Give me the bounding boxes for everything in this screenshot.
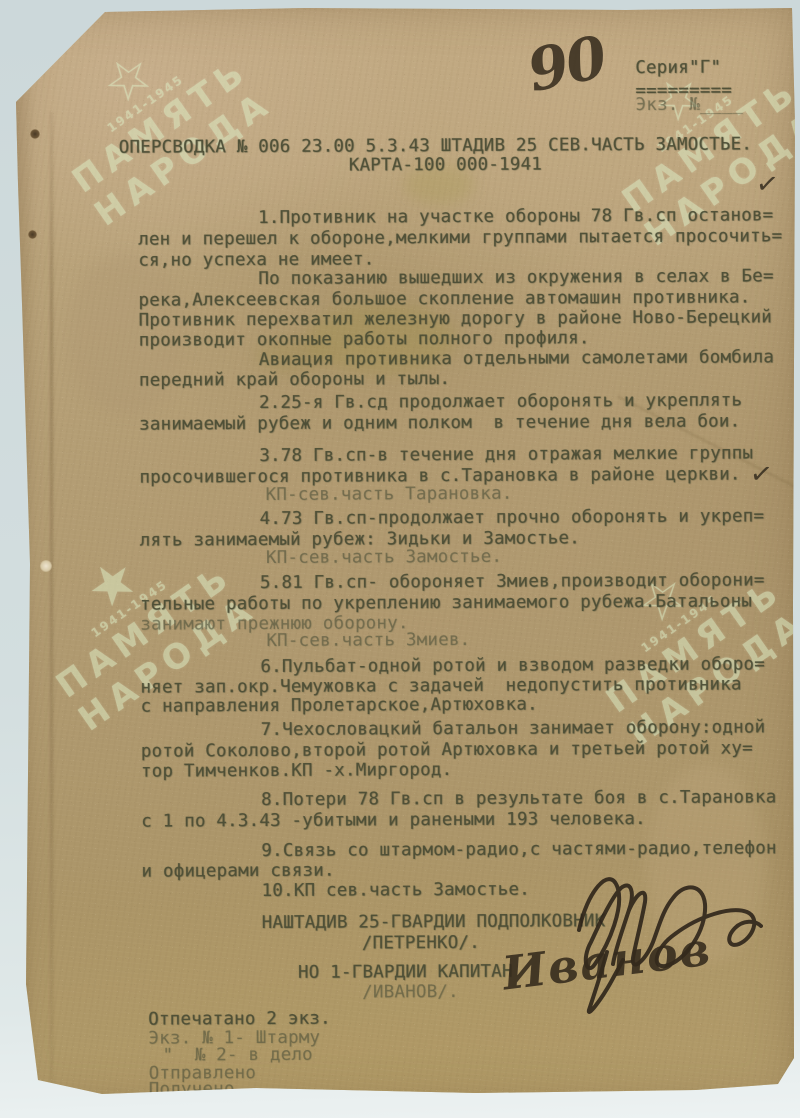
- typed-line-body: ротой Соколово,второй ротой Артюховка и …: [141, 738, 753, 761]
- typed-line-body: Противник перехватил железную дорогу в р…: [139, 307, 773, 330]
- typed-line-body: КП-сев.часть Змиев.: [266, 630, 470, 651]
- typed-line-body: тор Тимченков.КП -х.Миргород.: [141, 760, 452, 782]
- scan-background: { "document_type": "scanned typewritten …: [0, 0, 800, 1118]
- typed-line-body: 8.Потери 78 Гв.сп в результате боя в с.Т…: [261, 787, 776, 810]
- typed-line-body: с направления Пролетарское,Артюховка.: [141, 695, 538, 717]
- typed-line-body: занимаемый рубеж и одним полком в течени…: [139, 411, 740, 434]
- typed-line-body: 10.КП сев.часть Замостье.: [262, 880, 531, 901]
- document-page: ☆1941-1945ПАМЯТЬНАРОДА☆1941-1945ПАМЯТЬНА…: [6, 4, 796, 1106]
- typed-line-body: и офицерами связи.: [141, 861, 334, 882]
- typed-line-body: 3.78 Гв.сп-в течение дня отражая мелкие …: [259, 443, 753, 466]
- typed-line-footer: Отпечатано 2 экз.: [148, 1009, 331, 1030]
- typed-line-body: 2.25-я Гв.сд продолжает оборонять и укре…: [259, 390, 742, 413]
- typed-line-body: Авиация противника отдельными самолетами…: [259, 347, 774, 370]
- handwritten-checkmark: ✓: [748, 458, 775, 492]
- typed-line-body: 1.Противник на участке обороны 78 Гв.сп …: [258, 205, 773, 228]
- typed-line-body: лен и перешел к обороне,мелкими группами…: [138, 226, 782, 249]
- typed-line-body: с 1 по 4.3.43 -убитыми и ранеными 193 че…: [141, 809, 646, 832]
- typed-line-footer: Получено: [149, 1079, 235, 1099]
- typed-line-body: передний край обороны и тылы.: [139, 369, 450, 391]
- handwritten-checkmark: ✓: [754, 168, 781, 202]
- typed-line-body: 6.Пульбат-одной ротой и взводом разведки…: [260, 654, 765, 677]
- typed-line-signoff: НО 1-ГВАРДИИ КАПИТАН: [298, 962, 513, 983]
- typed-line-body: По показанию вышедших из окружения в сел…: [258, 266, 773, 289]
- typed-line-body: тельные работы по укреплению занимаемого…: [140, 591, 752, 614]
- typed-line-body: 5.81 Гв.сп- обороняет Змиев,производит о…: [260, 570, 765, 593]
- typed-line-body: ся,но успеха не имеет.: [138, 249, 374, 270]
- typed-line-body: 7.Чехословацкий батальон занимает оборон…: [261, 717, 766, 740]
- typed-line-title: КАРТА-100 000-1941: [349, 155, 542, 176]
- typed-line-body: КП-сев.часть Замостье.: [266, 547, 502, 568]
- typed-line-signoff: /ПЕТРЕНКО/.: [362, 933, 480, 954]
- typed-line-stamp: Серия"Г": [635, 58, 721, 78]
- typed-line-body: 4.73 Гв.сп-продолжает прочно оборонять и…: [260, 506, 765, 529]
- paper-hole: [10, 66, 24, 80]
- typed-line-body: производит окопные работы полного профил…: [139, 328, 590, 350]
- typed-line-stamp: Экз. №____: [635, 94, 742, 115]
- typed-line-signoff: /ИВАНОВ/.: [362, 982, 459, 1003]
- typed-line-body: КП-сев.часть Тарановка.: [265, 484, 512, 505]
